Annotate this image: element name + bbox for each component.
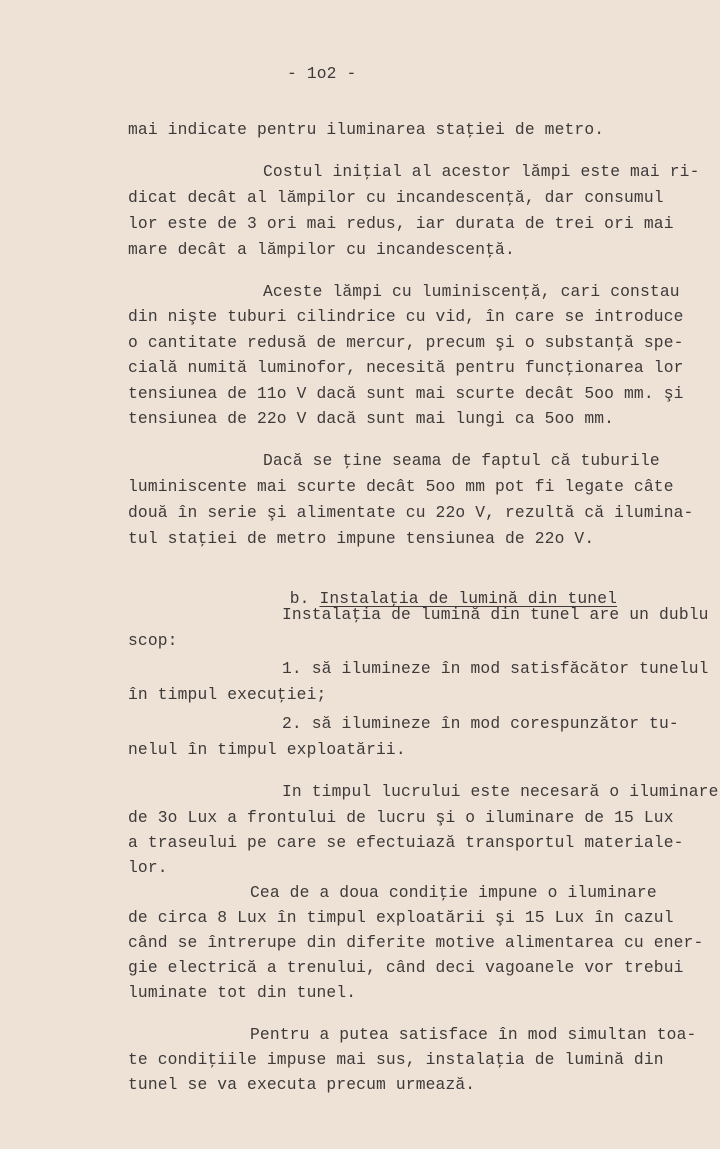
text-line: de circa 8 Lux în timpul exploatării şi … (128, 908, 674, 927)
text-line: în timpul execuţiei; (128, 685, 326, 704)
text-line: scop: (128, 631, 178, 650)
text-line: dicat decât al lămpilor cu incandescenţă… (128, 188, 664, 207)
text-line: tensiunea de 22o V dacă sunt mai lungi c… (128, 409, 614, 428)
text-line: tensiunea de 11o V dacă sunt mai scurte … (128, 384, 684, 403)
text-line: mai indicate pentru iluminarea staţiei d… (128, 120, 604, 139)
text-line: Aceste lămpi cu luminiscenţă, cari const… (263, 282, 680, 301)
text-line: In timpul lucrului este necesară o ilumi… (282, 782, 719, 801)
typewritten-page: - 1o2 - mai indicate pentru iluminarea s… (0, 0, 720, 1149)
text-line: Pentru a putea satisface în mod simultan… (250, 1025, 696, 1044)
text-line: lor. (128, 858, 168, 877)
text-line: Costul iniţial al acestor lămpi este mai… (263, 162, 700, 181)
text-line: două în serie şi alimentate cu 22o V, re… (128, 503, 693, 522)
text-line: din nişte tuburi cilindrice cu vid, în c… (128, 307, 684, 326)
text-line: Instalaţia de lumină din tunel are un du… (282, 605, 709, 624)
text-line: gie electrică a trenului, când deci vago… (128, 958, 684, 977)
text-line: o cantitate redusă de mercur, precum şi … (128, 333, 684, 352)
text-line: lor este de 3 ori mai redus, iar durata … (128, 214, 674, 233)
text-line: mare decât a lămpilor cu incandescenţă. (128, 240, 515, 259)
text-line: Dacă se ţine seama de faptul că tuburile (263, 451, 660, 470)
text-line: cială numită luminofor, necesită pentru … (128, 358, 684, 377)
text-line: te condiţiile impuse mai sus, instalaţia… (128, 1050, 664, 1069)
text-line: luminiscente mai scurte decât 5oo mm pot… (128, 477, 674, 496)
text-line: când se întrerupe din diferite motive al… (128, 933, 703, 952)
list-item: 1. să ilumineze în mod satisfăcător tune… (282, 659, 709, 678)
text-line: Cea de a doua condiţie impune o iluminar… (250, 883, 657, 902)
text-line: a traseului pe care se efectuiază transp… (128, 833, 684, 852)
text-line: nelul în timpul exploatării. (128, 740, 406, 759)
list-item: 2. să ilumineze în mod corespunzător tu- (282, 714, 679, 733)
text-line: tunel se va executa precum urmează. (128, 1075, 475, 1094)
text-line: de 3o Lux a frontului de lucru şi o ilum… (128, 808, 674, 827)
text-line: luminate tot din tunel. (128, 983, 356, 1002)
text-line: tul staţiei de metro impune tensiunea de… (128, 529, 594, 548)
page-number: - 1o2 - (287, 64, 356, 83)
